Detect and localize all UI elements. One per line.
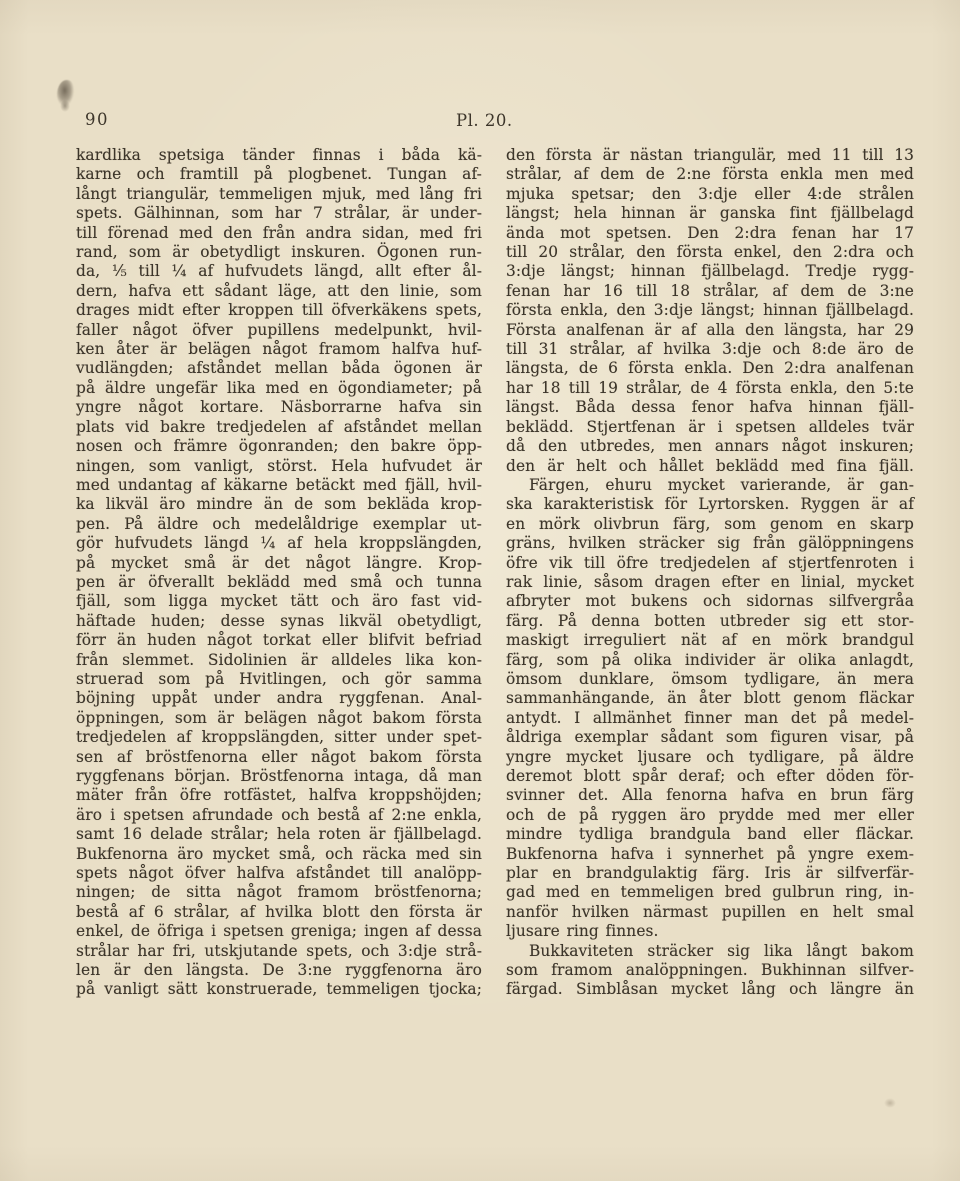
page-number: 90 (85, 110, 109, 129)
ink-smudge (57, 80, 74, 106)
text-line: bestå af 6 strålar, af hvilka blott den … (76, 903, 482, 922)
text-line: nanför hvilken närmast pupillen en helt … (506, 903, 914, 922)
text-line: plats vid bakre tredjedelen af afståndet… (76, 418, 482, 437)
text-line: sammanhängande, än åter blott genom fläc… (506, 689, 914, 708)
ink-smudge (60, 100, 70, 112)
text-line: fenan har 16 till 18 strålar, af dem de … (506, 282, 914, 301)
text-line: längst. Båda dessa fenor hafva hinnan fj… (506, 398, 914, 417)
text-line: långt triangulär, temmeligen mjuk, med l… (76, 185, 482, 204)
text-line: ända mot spetsen. Den 2:dra fenan har 17 (506, 224, 914, 243)
text-line: beklädd. Stjertfenan är i spetsen alldel… (506, 418, 914, 437)
text-line: pen är öfverallt beklädd med små och tun… (76, 573, 482, 592)
text-line: och de på ryggen äro prydde med mer elle… (506, 806, 914, 825)
text-line: deremot blott spår deraf; och efter döde… (506, 767, 914, 786)
text-line: ska karakteristisk för Lyrtorsken. Rygge… (506, 495, 914, 514)
column-left: kardlika spetsiga tänder finnas i båda k… (76, 146, 482, 1000)
text-line: maskigt irreguliert nät af en mörk brand… (506, 631, 914, 650)
text-line: len är den längsta. De 3:ne ryggfenorna … (76, 961, 482, 980)
text-line: äro i spetsen afrundade och bestå af 2:n… (76, 806, 482, 825)
text-line: längst; hela hinnan är ganska fint fjäll… (506, 204, 914, 223)
text-line: öfre vik till öfre tredjedelen af stjert… (506, 554, 914, 573)
text-line: till 20 strålar, den första enkel, den 2… (506, 243, 914, 262)
text-line: plar en brandgulaktig färg. Iris är silf… (506, 864, 914, 883)
text-line: den är helt och hållet beklädd med fina … (506, 457, 914, 476)
text-line: pen. På äldre och medelåldrige exemplar … (76, 515, 482, 534)
text-line: förr än huden något torkat eller blifvit… (76, 631, 482, 650)
text-line: fjäll, som ligga mycket tätt och äro fas… (76, 592, 482, 611)
text-line: till förenad med den från andra sidan, m… (76, 224, 482, 243)
text-line: som framom analöppningen. Bukhinnan silf… (506, 961, 914, 980)
text-line: ka likväl äro mindre än de som bekläda k… (76, 495, 482, 514)
text-line: längsta, de 6 första enkla. Den 2:dra an… (506, 359, 914, 378)
plate-label: Pl. 20. (456, 111, 513, 130)
text-line: då den utbredes, men annars något inskur… (506, 437, 914, 456)
text-line: färg, som på olika individer är olika an… (506, 651, 914, 670)
text-line: drages midt efter kroppen till öfverkäke… (76, 301, 482, 320)
text-line: faller något öfver pupillens medelpunkt,… (76, 321, 482, 340)
text-line: 3:dje längst; hinnan fjällbelagd. Tredje… (506, 262, 914, 281)
text-line: gör hufvudets längd ¼ af hela kroppsläng… (76, 534, 482, 553)
text-line: färgad. Simblåsan mycket lång och längre… (506, 980, 914, 999)
text-line: mjuka spetsar; den 3:dje eller 4:de strå… (506, 185, 914, 204)
text-line: ljusare ring finnes. (506, 922, 914, 941)
text-line: Färgen, ehuru mycket varierande, är gan- (506, 476, 914, 495)
text-line: en mörk olivbrun färg, som genom en skar… (506, 515, 914, 534)
text-line: från slemmet. Sidolinien är alldeles lik… (76, 651, 482, 670)
text-line: kardlika spetsiga tänder finnas i båda k… (76, 146, 482, 165)
text-line: har 18 till 19 strålar, de 4 första enkl… (506, 379, 914, 398)
text-line: Första analfenan är af alla den längsta,… (506, 321, 914, 340)
text-line: karne och framtill på plogbenet. Tungan … (76, 165, 482, 184)
text-line: tredjedelen af kroppslängden, sitter und… (76, 728, 482, 747)
paper-speck (884, 1098, 896, 1108)
text-line: rand, som är obetydligt inskuren. Ögonen… (76, 243, 482, 262)
page: 90 Pl. 20. kardlika spetsiga tänder finn… (0, 0, 960, 1181)
text-line: på vanligt sätt konstruerade, temmeligen… (76, 980, 482, 999)
text-line: färg. På denna botten utbreder sig ett s… (506, 612, 914, 631)
text-line: dern, hafva ett sådant läge, att den lin… (76, 282, 482, 301)
text-line: svinner det. Alla fenorna hafva en brun … (506, 786, 914, 805)
text-line: på mycket små är det något längre. Krop- (76, 554, 482, 573)
text-line: struerad som på Hvitlingen, och gör samm… (76, 670, 482, 689)
text-line: mindre tydliga brandgula band eller fläc… (506, 825, 914, 844)
text-line: ken åter är belägen något framom halfva … (76, 340, 482, 359)
text-line: Bukfenorna äro mycket små, och räcka med… (76, 845, 482, 864)
text-line: mäter från öfre rotfästet, halfva kropps… (76, 786, 482, 805)
text-line: rak linie, såsom dragen efter en linial,… (506, 573, 914, 592)
text-line: på äldre ungefär lika med en ögondiamete… (76, 379, 482, 398)
text-line: afbryter mot bukens och sidornas silfver… (506, 592, 914, 611)
text-line: antydt. I allmänhet finner man det på me… (506, 709, 914, 728)
text-line: yngre något kortare. Näsborrarne hafva s… (76, 398, 482, 417)
text-line: da, ⅕ till ¼ af hufvudets längd, allt ef… (76, 262, 482, 281)
text-line: ömsom dunklare, ömsom tydligare, än mera (506, 670, 914, 689)
text-line: öppningen, som är belägen något bakom fö… (76, 709, 482, 728)
text-line: spets något öfver halfva afståndet till … (76, 864, 482, 883)
text-line: häftade huden; desse synas likväl obetyd… (76, 612, 482, 631)
column-right: den första är nästan triangulär, med 11 … (506, 146, 914, 1000)
text-line: strålar har fri, utskjutande spets, och … (76, 942, 482, 961)
text-line: ningen; de sitta något framom bröstfenor… (76, 883, 482, 902)
text-line: yngre mycket ljusare och tydligare, på ä… (506, 748, 914, 767)
text-line: sen af bröstfenorna eller något bakom fö… (76, 748, 482, 767)
text-line: spets. Gälhinnan, som har 7 strålar, är … (76, 204, 482, 223)
text-line: vudlängden; afståndet mellan båda ögonen… (76, 359, 482, 378)
text-line: Bukfenorna hafva i synnerhet på yngre ex… (506, 845, 914, 864)
text-line: åldriga exemplar sådant som figuren visa… (506, 728, 914, 747)
text-line: strålar, af dem de 2:ne första enkla men… (506, 165, 914, 184)
text-line: ryggfenans början. Bröstfenorna intaga, … (76, 767, 482, 786)
text-line: enkel, de öfriga i spetsen greniga; inge… (76, 922, 482, 941)
text-line: ningen, som vanligt, störst. Hela hufvud… (76, 457, 482, 476)
text-line: med undantag af käkarne betäckt med fjäl… (76, 476, 482, 495)
text-line: gräns, hvilken sträcker sig från gälöppn… (506, 534, 914, 553)
text-line: Bukkaviteten sträcker sig lika långt bak… (506, 942, 914, 961)
text-line: till 31 strålar, af hvilka 3:dje och 8:d… (506, 340, 914, 359)
text-line: böjning uppåt under andra ryggfenan. Ana… (76, 689, 482, 708)
text-line: nosen och främre ögonranden; den bakre ö… (76, 437, 482, 456)
text-line: gad med en temmeligen bred gulbrun ring,… (506, 883, 914, 902)
text-line: första enkla, den 3:dje längst; hinnan f… (506, 301, 914, 320)
text-line: den första är nästan triangulär, med 11 … (506, 146, 914, 165)
text-line: samt 16 delade strålar; hela roten är fj… (76, 825, 482, 844)
